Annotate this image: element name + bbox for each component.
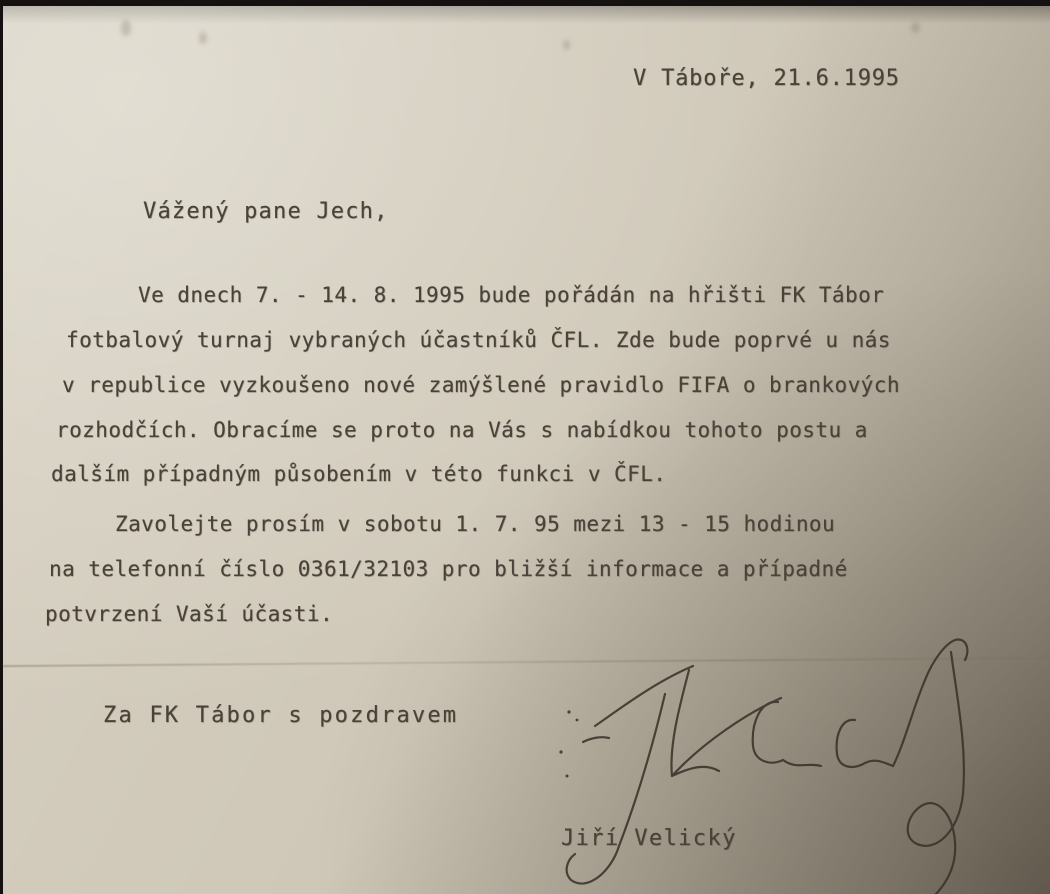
paper-smudge	[911, 22, 920, 33]
body-line: v republice vyzkoušeno nové zamýšlené pr…	[62, 373, 900, 397]
body-line: rozhodčích. Obracíme se proto na Vás s n…	[56, 418, 868, 442]
fold-crease	[3, 657, 1050, 667]
salutation: Vážený pane Jech,	[143, 199, 389, 224]
letter-paper: V Táboře, 21.6.1995 Vážený pane Jech, Ve…	[3, 6, 1050, 894]
body-line: Ve dnech 7. - 14. 8. 1995 bude pořádán n…	[138, 283, 884, 307]
body-line: dalším případným působením v této funkci…	[51, 462, 666, 486]
paper-smudge	[563, 40, 570, 50]
body-line: potvrzení Vaší účasti.	[45, 602, 333, 626]
paper-smudge	[199, 32, 207, 44]
body-line: Zavolejte prosím v sobotu 1. 7. 95 mezi …	[115, 512, 835, 536]
body-line: fotbalový turnaj vybraných účastníků ČFL…	[66, 328, 891, 352]
letter-photo: V Táboře, 21.6.1995 Vážený pane Jech, Ve…	[0, 0, 1050, 894]
typed-signature-name: Jiří Velický	[561, 826, 737, 851]
dateline: V Táboře, 21.6.1995	[633, 66, 900, 91]
body-line: na telefonní číslo 0361/32103 pro bližší…	[49, 557, 848, 581]
paper-smudge	[121, 20, 131, 36]
signature-scrawl	[543, 624, 983, 894]
closing-line: Za FK Tábor s pozdravem	[103, 703, 458, 728]
lighting-overlay	[3, 6, 1050, 894]
